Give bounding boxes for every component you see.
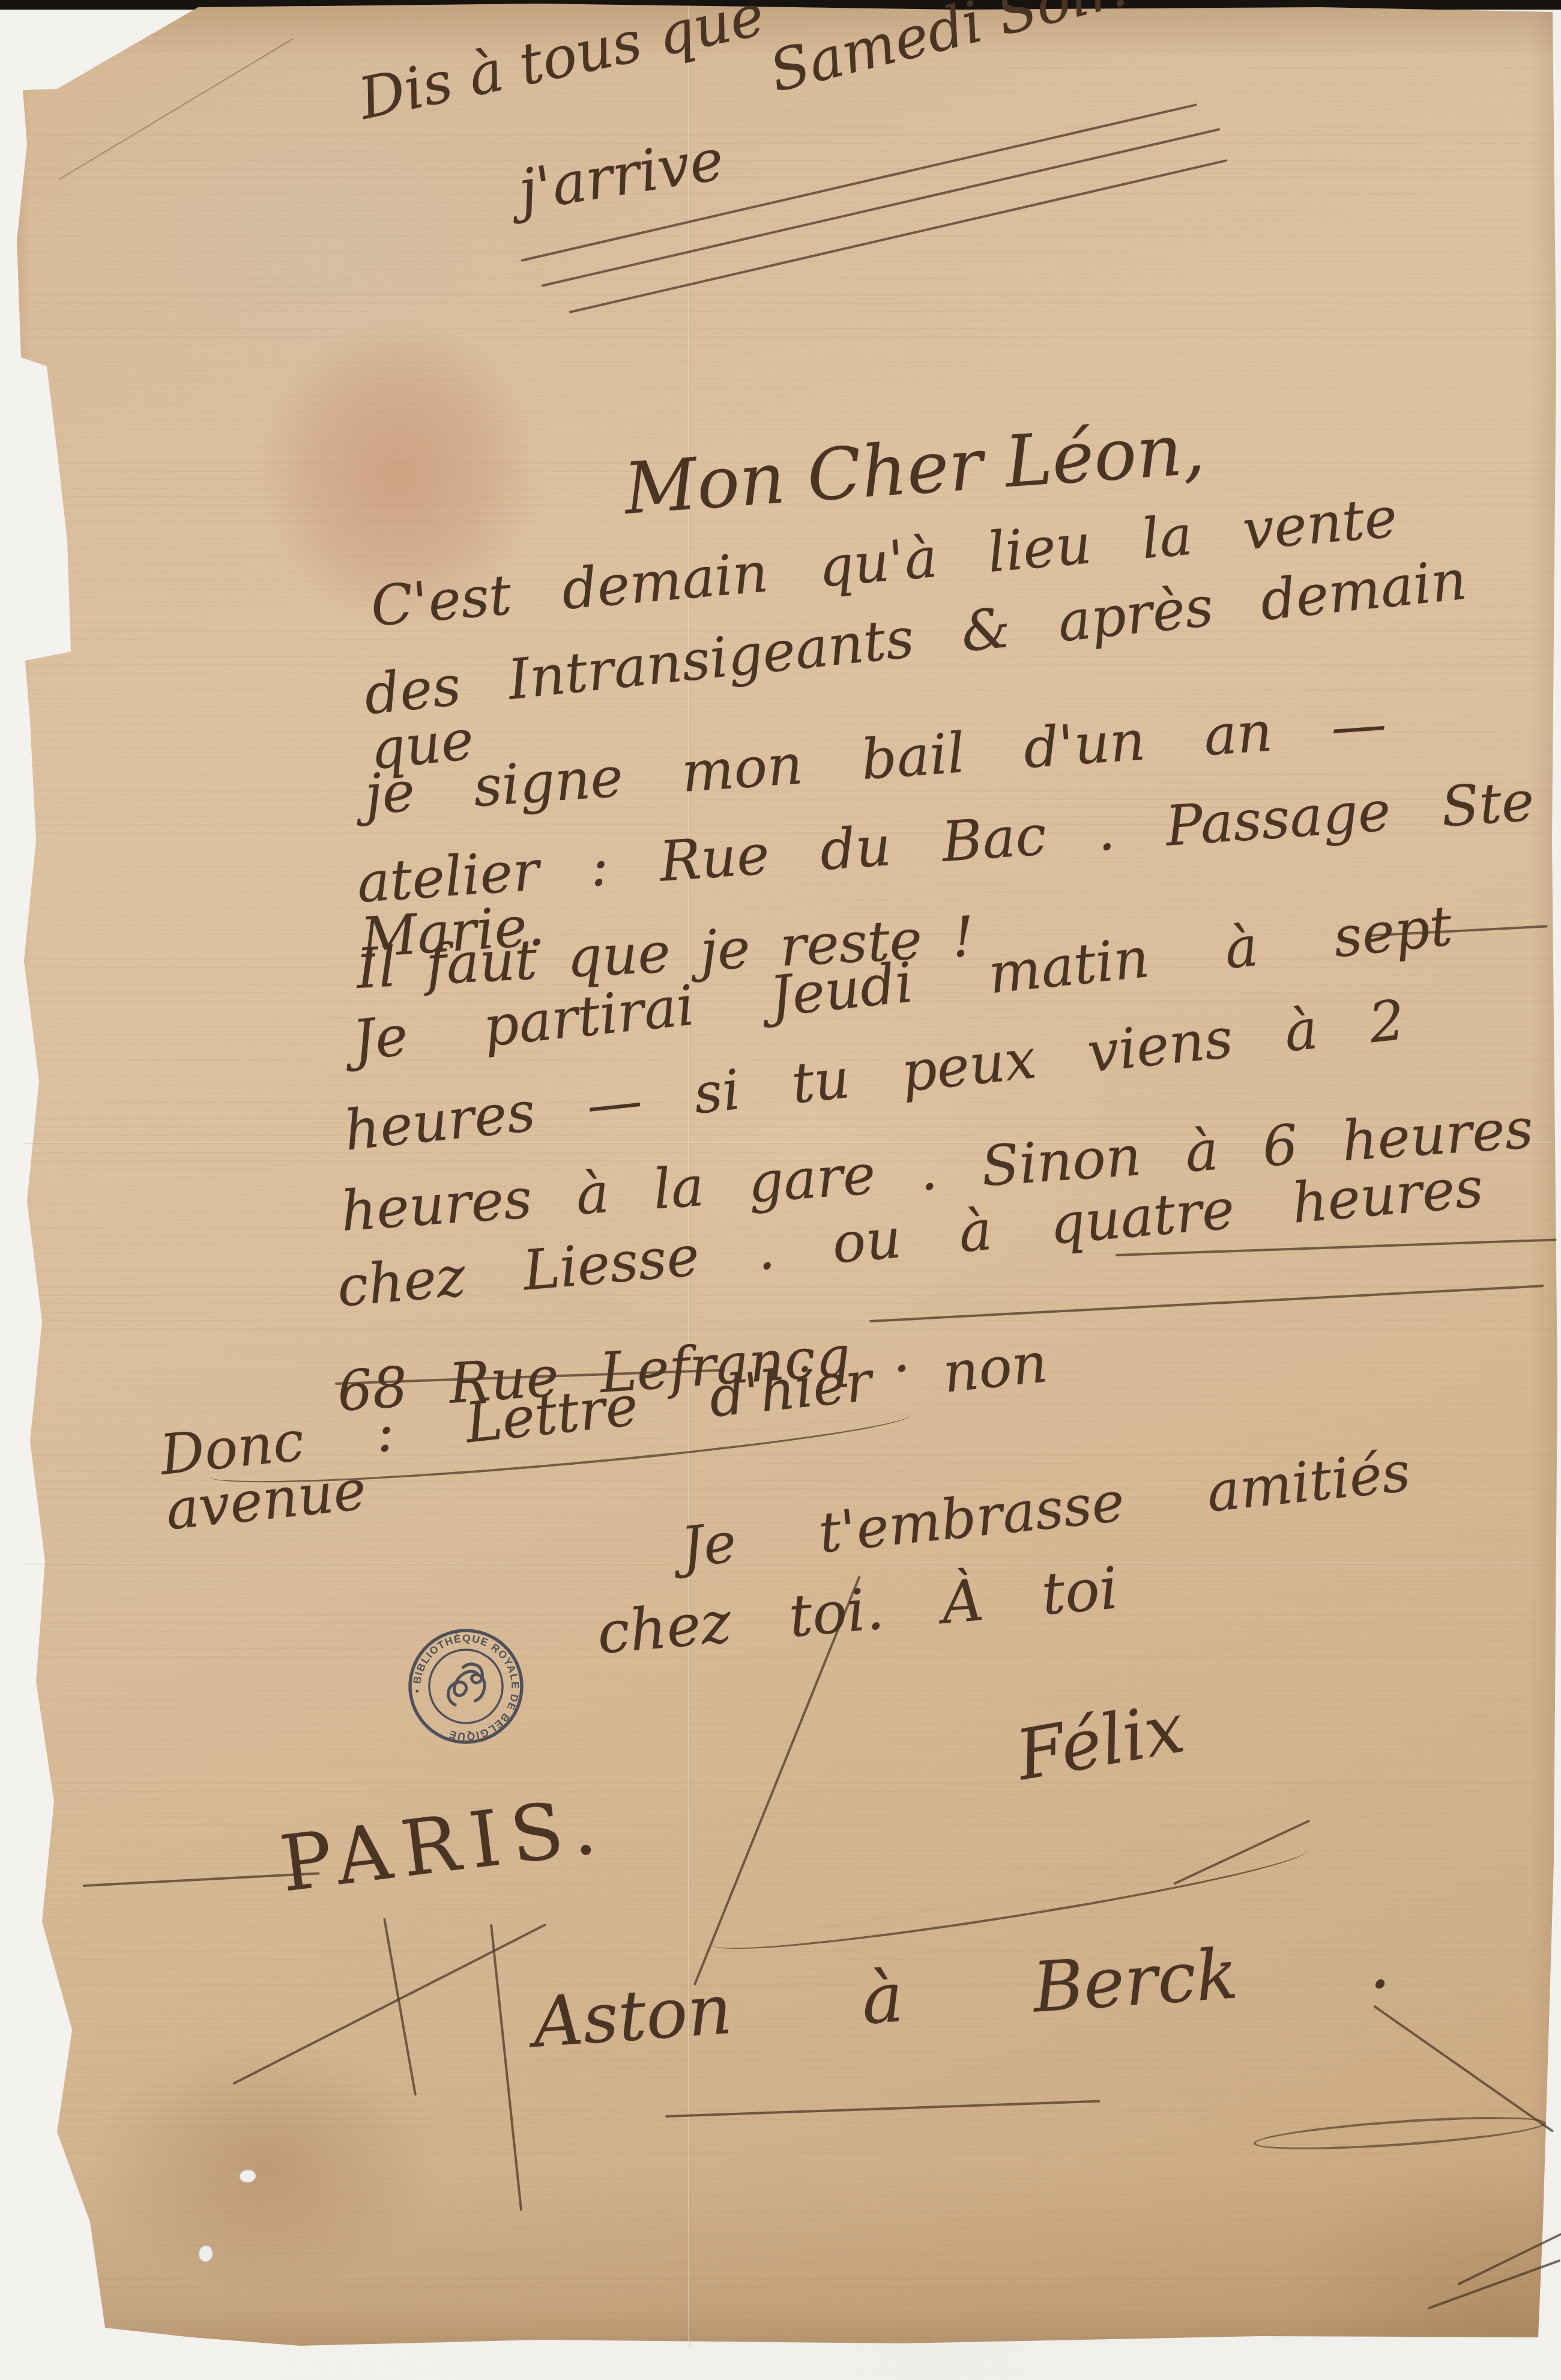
- scanned-letter-page: Dis à tous que Samedi Soir. j'arrive Mon…: [0, 0, 1561, 2380]
- library-stamp: • BIBLIOTHÈQUE ROYALE DE BELGIQUE: [398, 1618, 534, 1754]
- paper-hole: [198, 2245, 213, 2262]
- crowned-monogram-icon: [444, 1662, 487, 1706]
- paper-hole: [239, 2169, 256, 2182]
